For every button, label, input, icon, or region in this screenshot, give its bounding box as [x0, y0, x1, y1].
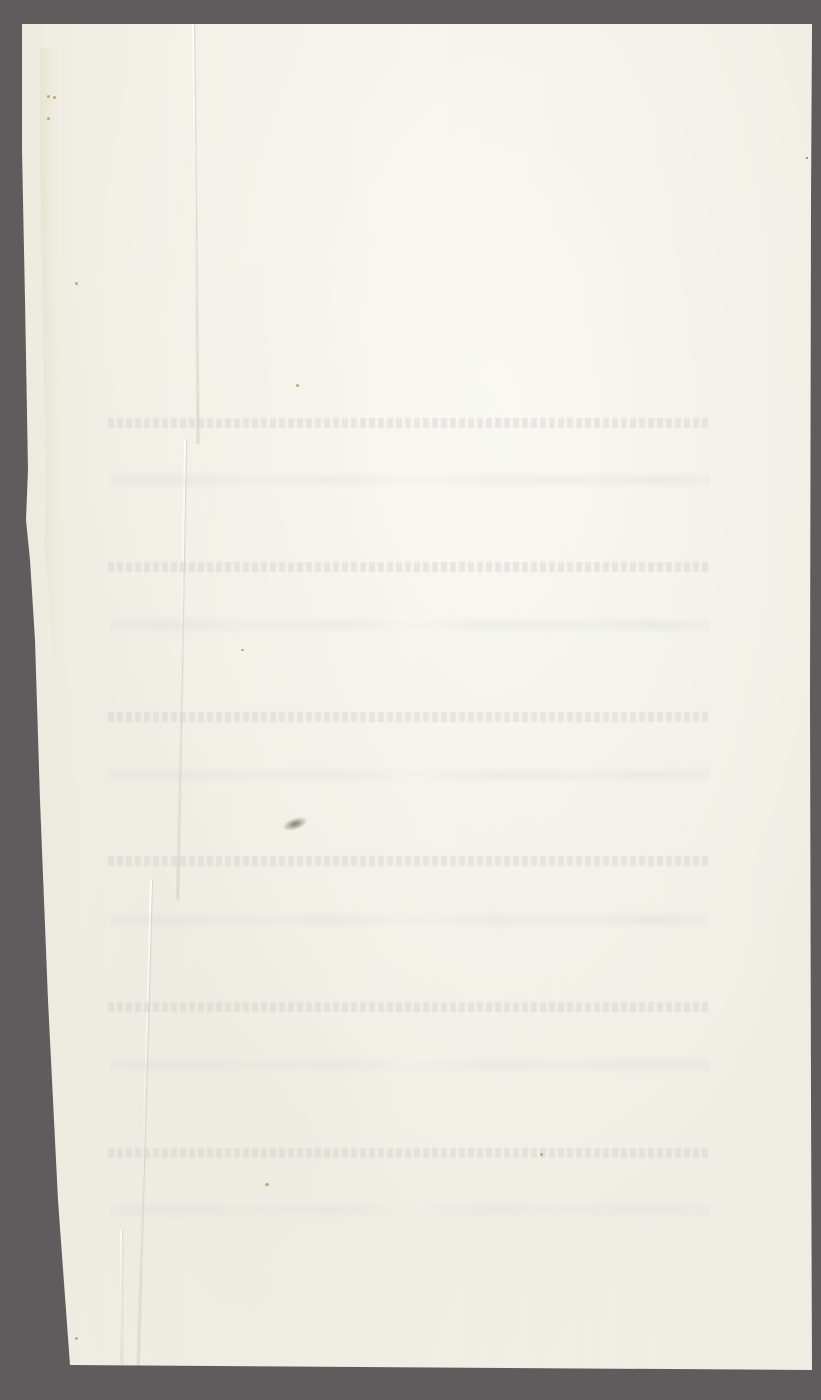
vertical-crease: [192, 24, 198, 444]
ink-smudge: [281, 814, 309, 833]
vertical-crease: [120, 1230, 122, 1370]
showthrough-text-row: [108, 1148, 708, 1158]
showthrough-figures: [110, 1170, 710, 1250]
foxing-spot: [540, 1153, 543, 1156]
showthrough-text-row: [108, 562, 708, 572]
showthrough-text-row: [108, 856, 708, 866]
foxing-spot: [47, 117, 50, 120]
foxing-spot: [296, 384, 299, 387]
showthrough-text-row: [108, 712, 708, 722]
foxing-spot: [75, 282, 78, 285]
showthrough-figures: [110, 585, 710, 665]
showthrough-text-row: [108, 1002, 708, 1012]
showthrough-figures: [110, 440, 710, 520]
showthrough-figures: [110, 880, 710, 960]
foxing-spot: [241, 649, 244, 651]
foxing-spot: [75, 1337, 78, 1340]
foxing-spot: [265, 1183, 269, 1186]
foxing-spot: [47, 95, 50, 98]
foxing-spot: [806, 157, 808, 159]
showthrough-figures: [110, 1025, 710, 1105]
foxing-spot: [53, 96, 56, 99]
showthrough-figures: [110, 735, 710, 815]
paper-sheet: Blank reverse side of an aged paper shee…: [0, 0, 821, 1400]
showthrough-text-row: [108, 418, 708, 428]
